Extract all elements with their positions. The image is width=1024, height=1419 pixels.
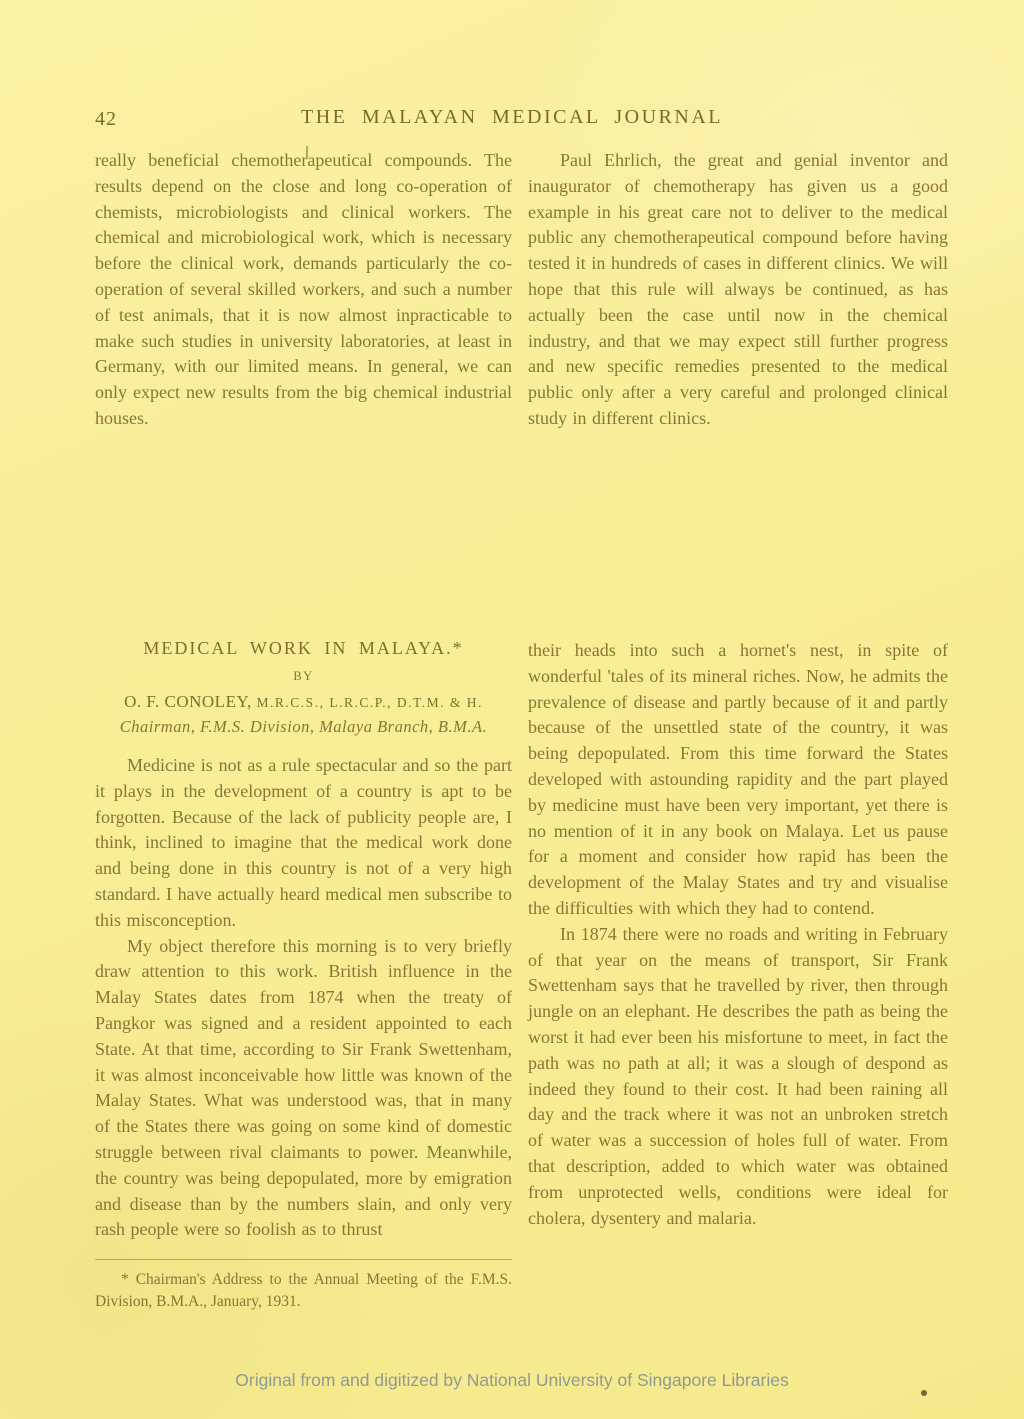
digitization-credit: Original from and digitized by National … <box>0 1370 1024 1391</box>
paragraph: Medicine is not as a rule spectacular an… <box>95 753 512 934</box>
article-title: MEDICAL WORK IN MALAYA.* <box>95 638 512 659</box>
paragraph: My object therefore this morning is to v… <box>95 934 512 1244</box>
author-name: O. F. CONOLEY, <box>124 692 252 711</box>
scanned-journal-page: 42 THE MALAYAN MEDICAL JOURNAL really be… <box>0 0 1024 1419</box>
article-left-column: MEDICAL WORK IN MALAYA.* BY O. F. CONOLE… <box>95 638 512 1312</box>
paragraph: In 1874 there were no roads and writing … <box>528 922 948 1232</box>
author-byline: O. F. CONOLEY, M.R.C.S., L.R.C.P., D.T.M… <box>95 692 512 712</box>
author-affiliation: Chairman, F.M.S. Division, Malaya Branch… <box>95 717 512 737</box>
author-credentials: M.R.C.S., L.R.C.P., D.T.M. & H. <box>257 695 483 710</box>
footnote-block: * Chairman's Address to the Annual Meeti… <box>95 1259 512 1312</box>
ink-dot-artifact <box>921 1390 927 1396</box>
article-right-column: their heads into such a hornet's nest, i… <box>528 638 948 1312</box>
paragraph: really beneficial chemotherapeutical com… <box>95 148 512 432</box>
article-section: MEDICAL WORK IN MALAYA.* BY O. F. CONOLE… <box>95 638 948 1312</box>
paragraph: their heads into such a hornet's nest, i… <box>528 638 948 922</box>
continuation-right-column: Paul Ehrlich, the great and genial inven… <box>528 148 948 432</box>
by-label: BY <box>95 669 512 684</box>
journal-title: THE MALAYAN MEDICAL JOURNAL <box>0 106 1024 129</box>
continuation-left-column: really beneficial chemotherapeutical com… <box>95 148 512 432</box>
paragraph: Paul Ehrlich, the great and genial inven… <box>528 148 948 432</box>
footnote-text: * Chairman's Address to the Annual Meeti… <box>95 1269 512 1312</box>
continuation-section: really beneficial chemotherapeutical com… <box>95 148 948 432</box>
